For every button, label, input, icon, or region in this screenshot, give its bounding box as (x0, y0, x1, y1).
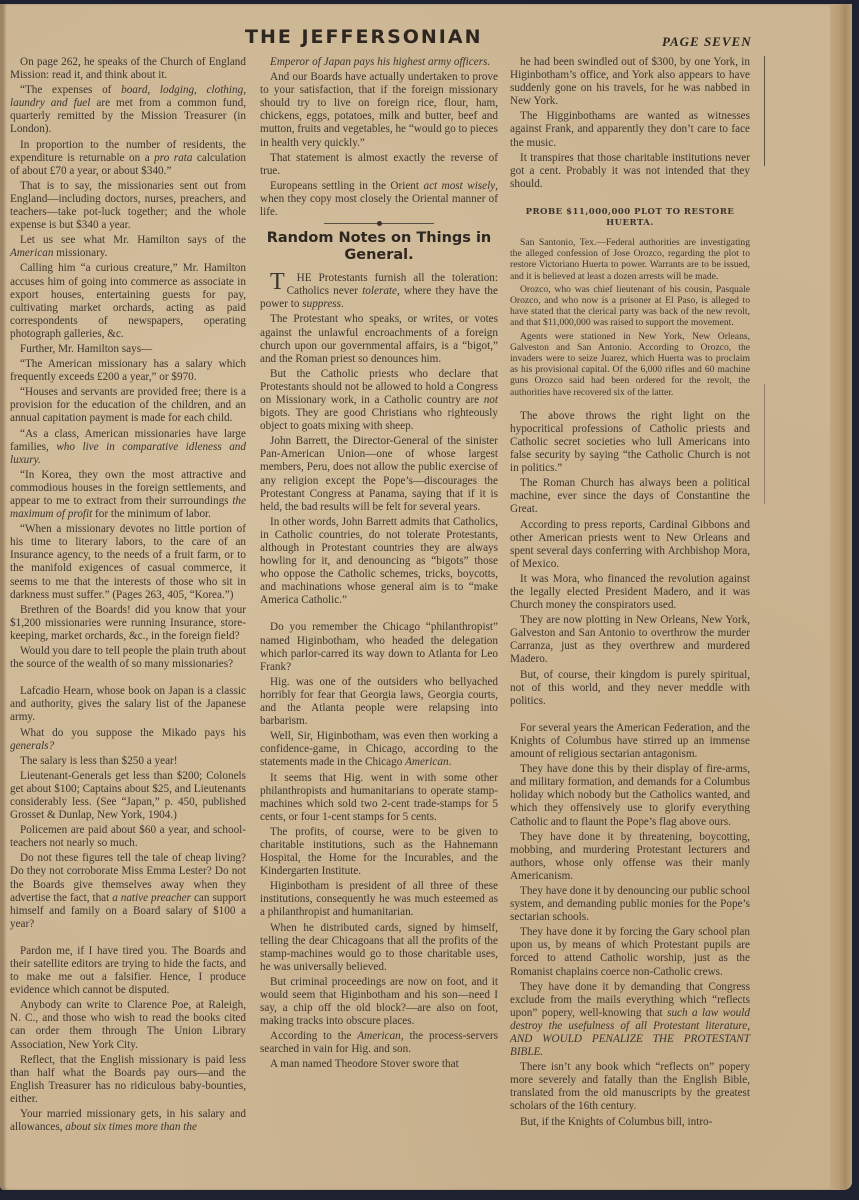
random-notes-article: THE Protestants furnish all the tolerati… (260, 272, 498, 1071)
paragraph: The above throws the right light on the … (510, 410, 750, 475)
paragraph: In other words, John Barrett admits that… (260, 516, 498, 608)
column-1: On page 262, he speaks of the Church of … (10, 56, 246, 1136)
paragraph: But, if the Knights of Columbus bill, in… (510, 1116, 750, 1129)
paragraph: Brethren of the Boards! did you know tha… (10, 604, 246, 643)
column-rule (764, 384, 765, 504)
paragraph: That statement is almost exactly the rev… (260, 152, 498, 178)
paragraph: But, of course, their kingdom is purely … (510, 669, 750, 708)
section-heading: Random Notes on Things in General. (260, 230, 498, 264)
paragraph: Would you dare to tell people the plain … (10, 645, 246, 671)
paragraph: And our Boards have actually undertaken … (260, 71, 498, 150)
paragraph: According to press reports, Cardinal Gib… (510, 519, 750, 571)
paragraph: Higinbotham is president of all three of… (260, 880, 498, 919)
paragraph: Hig. was one of the outsiders who bellya… (260, 676, 498, 728)
paragraph: The Roman Church has always been a polit… (510, 477, 750, 516)
paragraph: According to the American, the process-s… (260, 1030, 498, 1056)
paragraph: Calling him “a curious creature,” Mr. Ha… (10, 262, 246, 341)
paragraph: “When a missionary devotes no little por… (10, 523, 246, 602)
news-subheading: PROBE $11,000,000 PLOT TO RESTORE HUERTA… (510, 207, 750, 229)
paragraph: Orozco, who was chief lieutenant of his … (510, 284, 750, 329)
paragraph: The profits, of course, were to be given… (260, 826, 498, 878)
section-divider (324, 223, 434, 224)
paragraph: They have done it by demanding that Cong… (510, 981, 750, 1060)
paragraph: Further, Mr. Hamilton says— (10, 343, 246, 356)
page-number: PAGE SEVEN (662, 34, 752, 50)
paragraph: “Houses and servants are provided free; … (10, 386, 246, 425)
paragraph: “The American missionary has a salary wh… (10, 358, 246, 384)
paragraph: That is to say, the missionaries sent ou… (10, 180, 246, 232)
paragraph: It transpires that those charitable inst… (510, 152, 750, 191)
paragraph: They have done it by threatening, boycot… (510, 831, 750, 883)
paragraph: On page 262, he speaks of the Church of … (10, 56, 246, 82)
paragraph: “As a class, American missionaries have … (10, 428, 246, 467)
paragraph: The salary is less than $250 a year! (10, 755, 246, 768)
paragraph: Pardon me, if I have tired you. The Boar… (10, 945, 246, 997)
paragraph: he had been swindled out of $300, by one… (510, 56, 750, 108)
paragraph: Let us see what Mr. Hamilton says of the… (10, 234, 246, 260)
paragraph: San Santonio, Tex.—Federal authorities a… (510, 237, 750, 282)
paragraph: Emperor of Japan pays his highest army o… (260, 56, 498, 69)
paragraph: “The expenses of board, lodging, clothin… (10, 84, 246, 136)
paragraph: Your married missionary gets, in his sal… (10, 1108, 246, 1134)
paragraph: John Barrett, the Director-General of th… (260, 435, 498, 514)
page-edge (830, 4, 852, 1190)
column-3: he had been swindled out of $300, by one… (510, 56, 750, 1131)
column-3-article: The above throws the right light on the … (510, 410, 750, 1129)
column-2: Emperor of Japan pays his highest army o… (260, 56, 498, 1074)
column-rule (764, 56, 765, 166)
paragraph: A man named Theodore Stover swore that (260, 1058, 498, 1071)
paragraph: They have done this by their display of … (510, 763, 750, 828)
paragraph: Lafcadio Hearn, whose book on Japan is a… (10, 685, 246, 724)
paragraph: Policemen are paid about $60 a year, and… (10, 824, 246, 850)
paragraph: Anybody can write to Clarence Poe, at Ra… (10, 999, 246, 1051)
paragraph: They have done it by denouncing our publ… (510, 885, 750, 924)
paragraph: When he distributed cards, signed by him… (260, 922, 498, 974)
column-3-continuation: he had been swindled out of $300, by one… (510, 56, 750, 191)
paragraph: In proportion to the number of residents… (10, 139, 246, 178)
paragraph: “In Korea, they own the most attractive … (10, 469, 246, 521)
paragraph: There isn’t any book which “reflects on”… (510, 1061, 750, 1113)
paragraph: Well, Sir, Higinbotham, was even then wo… (260, 730, 498, 769)
paragraph: They have done it by forcing the Gary sc… (510, 926, 750, 978)
paragraph: The Protestant who speaks, or writes, or… (260, 313, 498, 365)
column-2-continuation: Emperor of Japan pays his highest army o… (260, 56, 498, 219)
paragraph: But criminal proceedings are now on foot… (260, 976, 498, 1028)
paragraph: THE Protestants furnish all the tolerati… (260, 272, 498, 311)
news-dispatch: San Santonio, Tex.—Federal authorities a… (510, 237, 750, 398)
paragraph: Do you remember the Chicago “philanthrop… (260, 621, 498, 673)
paragraph: It seems that Hig. went in with some oth… (260, 772, 498, 824)
paragraph: Lieutenant-Generals get less than $200; … (10, 770, 246, 822)
paragraph: It was Mora, who financed the revolution… (510, 573, 750, 612)
paragraph: Reflect, that the English missionary is … (10, 1054, 246, 1106)
paragraph: For several years the American Federatio… (510, 722, 750, 761)
paragraph: They are now plotting in New Orleans, Ne… (510, 614, 750, 666)
paragraph: Agents were stationed in New York, New O… (510, 331, 750, 398)
newspaper-title: THE JEFFERSONIAN (245, 26, 482, 48)
paragraph: The Higginbothams are wanted as witnesse… (510, 110, 750, 149)
paragraph: What do you suppose the Mikado pays his … (10, 727, 246, 753)
newspaper-page: THE JEFFERSONIAN PAGE SEVEN On page 262,… (0, 4, 852, 1190)
paragraph: But the Catholic priests who declare tha… (260, 368, 498, 433)
paragraph: Europeans settling in the Orient act mos… (260, 180, 498, 219)
masthead: THE JEFFERSONIAN PAGE SEVEN (0, 22, 852, 52)
paragraph: Do not these figures tell the tale of ch… (10, 852, 246, 931)
